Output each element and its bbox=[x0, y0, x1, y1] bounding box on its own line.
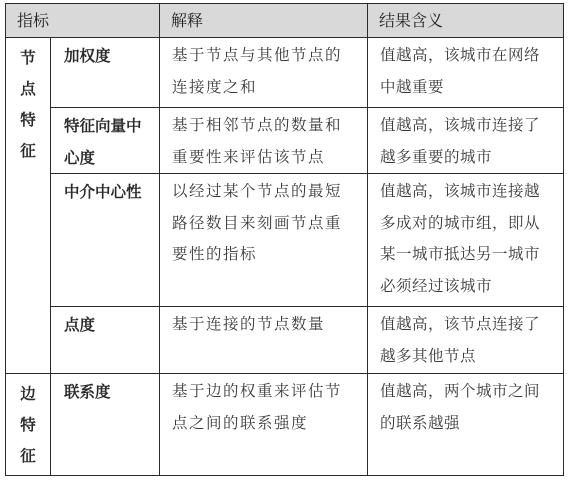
meaning-text: 某一城市抵达另一城市 bbox=[380, 239, 557, 271]
explanation-text: 要性的指标 bbox=[172, 239, 359, 271]
explanation-text: 以经过某个节点的最短 bbox=[172, 176, 359, 208]
meaning-text: 必须经过该城市 bbox=[380, 271, 557, 303]
indicator-text: 中介中心性 bbox=[64, 176, 155, 208]
explanation-cell: 基于连接的节点数量 bbox=[160, 307, 368, 374]
group-char: 边 bbox=[6, 378, 50, 409]
meaning-text: 值越高，该城市连接了 bbox=[380, 110, 557, 142]
group-char: 征 bbox=[6, 440, 50, 471]
indicator-cell: 加权度 bbox=[51, 38, 160, 108]
table-row: 特征向量中 心度 基于相邻节点的数量和 重要性来评估该节点 值越高，该城市连接了… bbox=[6, 108, 564, 174]
table-row: 边 特 征 联系度 基于边的权重来评估节 点之间的联系强度 值越高，两个城市之间… bbox=[6, 374, 564, 476]
meaning-cell: 值越高，该城市连接越 多成对的城市组，即从 某一城市抵达另一城市 必须经过该城市 bbox=[368, 174, 564, 307]
group-char: 点 bbox=[6, 73, 50, 104]
table-row: 点度 基于连接的节点数量 值越高，该节点连接了 越多其他节点 bbox=[6, 307, 564, 374]
meaning-text: 值越高，该节点连接了 bbox=[380, 309, 557, 341]
table-row: 中介中心性 以经过某个节点的最短 路径数目来刻画节点重 要性的指标 值越高，该城… bbox=[6, 174, 564, 307]
indicator-text: 点度 bbox=[64, 309, 155, 341]
meaning-text: 值越高，该城市连接越 bbox=[380, 176, 557, 208]
meaning-text: 的联系越强 bbox=[380, 408, 557, 440]
meaning-text: 多成对的城市组，即从 bbox=[380, 208, 557, 240]
meaning-text: 越多其他节点 bbox=[380, 341, 557, 373]
explanation-text: 连接度之和 bbox=[172, 72, 359, 104]
indicator-text: 心度 bbox=[64, 142, 155, 174]
explanation-text: 基于连接的节点数量 bbox=[172, 309, 359, 341]
header-indicator: 指标 bbox=[6, 4, 160, 38]
explanation-text: 基于边的权重来评估节 bbox=[172, 376, 359, 408]
group-char: 特 bbox=[6, 104, 50, 135]
group-char: 节 bbox=[6, 42, 50, 73]
indicator-cell: 中介中心性 bbox=[51, 174, 160, 307]
header-row: 指标 解释 结果含义 bbox=[6, 4, 564, 38]
group-char: 特 bbox=[6, 409, 50, 440]
indicator-cell: 特征向量中 心度 bbox=[51, 108, 160, 174]
explanation-cell: 以经过某个节点的最短 路径数目来刻画节点重 要性的指标 bbox=[160, 174, 368, 307]
table-row: 节 点 特 征 加权度 基于节点与其他节点的 连接度之和 值越高，该城市在网络 … bbox=[6, 38, 564, 108]
explanation-cell: 基于边的权重来评估节 点之间的联系强度 bbox=[160, 374, 368, 476]
indicator-cell: 点度 bbox=[51, 307, 160, 374]
group-edge-features: 边 特 征 bbox=[6, 374, 51, 476]
header-explanation: 解释 bbox=[160, 4, 368, 38]
indicator-cell: 联系度 bbox=[51, 374, 160, 476]
group-node-features: 节 点 特 征 bbox=[6, 38, 51, 374]
meaning-cell: 值越高，该节点连接了 越多其他节点 bbox=[368, 307, 564, 374]
indicator-text: 特征向量中 bbox=[64, 110, 155, 142]
indicator-table: 指标 解释 结果含义 节 点 特 征 加权度 基于节点与其他节点的 连接度之和 … bbox=[5, 3, 564, 476]
explanation-text: 路径数目来刻画节点重 bbox=[172, 208, 359, 240]
explanation-cell: 基于节点与其他节点的 连接度之和 bbox=[160, 38, 368, 108]
explanation-text: 点之间的联系强度 bbox=[172, 408, 359, 440]
meaning-cell: 值越高，该城市在网络 中越重要 bbox=[368, 38, 564, 108]
meaning-text: 中越重要 bbox=[380, 72, 557, 104]
meaning-cell: 值越高，该城市连接了 越多重要的城市 bbox=[368, 108, 564, 174]
meaning-text: 值越高，两个城市之间 bbox=[380, 376, 557, 408]
indicator-text: 联系度 bbox=[64, 376, 155, 408]
explanation-text: 基于相邻节点的数量和 bbox=[172, 110, 359, 142]
meaning-text: 值越高，该城市在网络 bbox=[380, 40, 557, 72]
meaning-text: 越多重要的城市 bbox=[380, 142, 557, 174]
group-char: 征 bbox=[6, 135, 50, 166]
meaning-cell: 值越高，两个城市之间 的联系越强 bbox=[368, 374, 564, 476]
explanation-text: 重要性来评估该节点 bbox=[172, 142, 359, 174]
indicator-text: 加权度 bbox=[64, 40, 155, 72]
header-meaning: 结果含义 bbox=[368, 4, 564, 38]
explanation-text: 基于节点与其他节点的 bbox=[172, 40, 359, 72]
explanation-cell: 基于相邻节点的数量和 重要性来评估该节点 bbox=[160, 108, 368, 174]
